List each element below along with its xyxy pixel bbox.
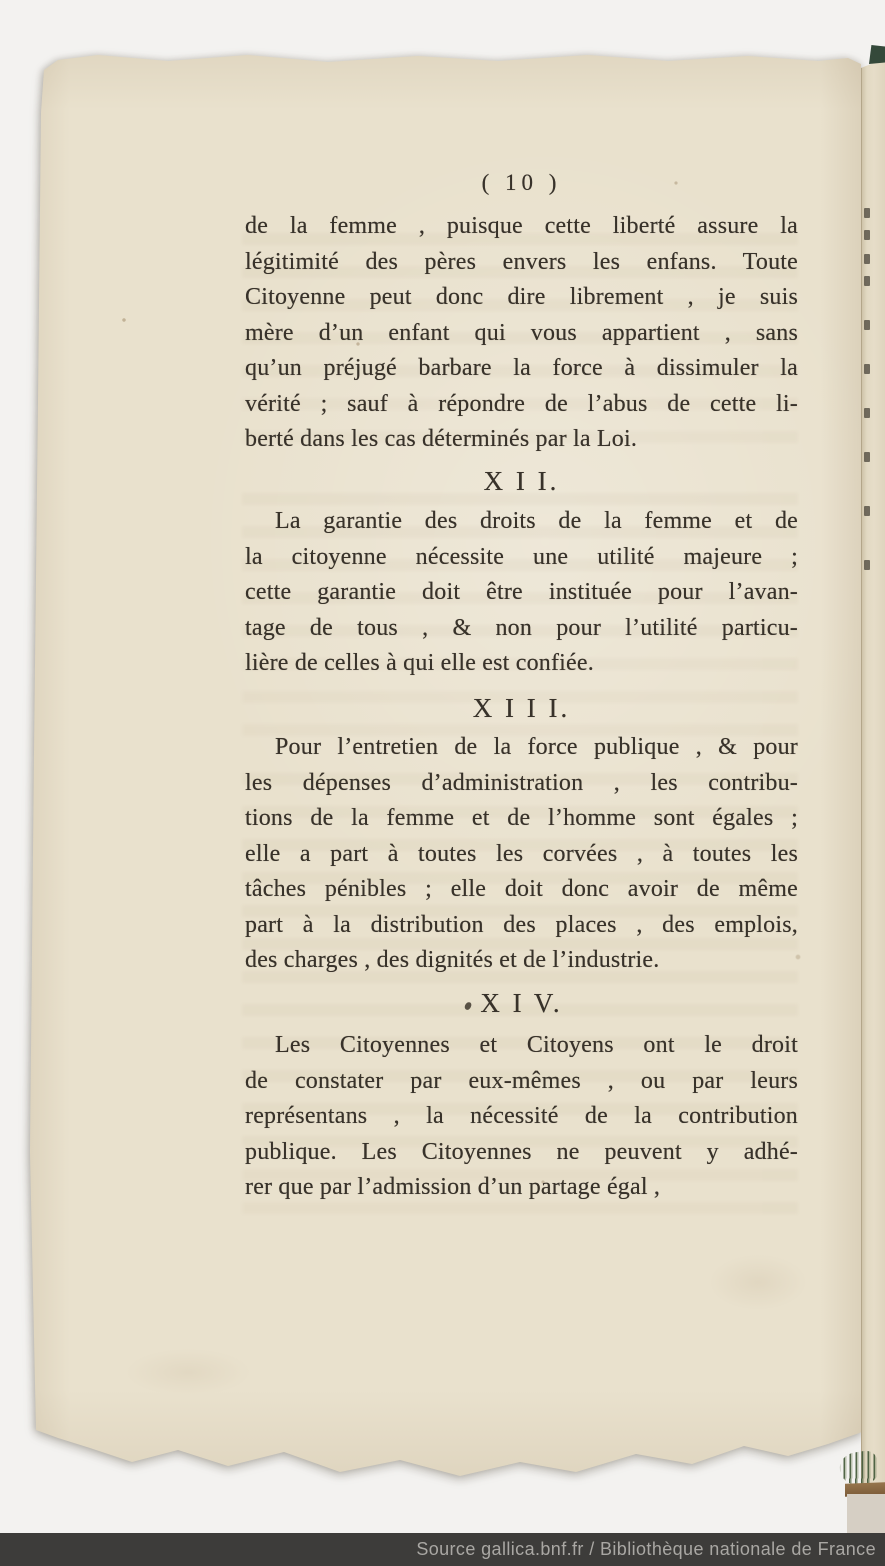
adjacent-page-text-fragment: [864, 276, 870, 286]
adjacent-page-text-fragment: [864, 320, 870, 330]
book-page: ( 10 ) de la femme , puisque cette liber…: [28, 52, 862, 1490]
text-line: mère d’un enfant qui vous appartient , s…: [245, 316, 798, 352]
text-line: légitimité des pères envers les enfans. …: [245, 245, 798, 281]
book-cover-corner-top: [869, 45, 885, 64]
text-line: Citoyenne peut donc dire librement , je …: [245, 280, 798, 316]
adjacent-page-text-fragment: [864, 364, 870, 374]
article-xii-paragraph: La garantie des droits de la femme et de…: [245, 504, 798, 682]
text-line: lière de celles à qui elle est confiée.: [245, 646, 798, 682]
adjacent-page-text-fragment: [864, 230, 870, 240]
adjacent-page-edge: [861, 58, 885, 1498]
text-line: part à la distribution des places , des …: [245, 908, 798, 944]
text-line: de constater par eux-mêmes , ou par leur…: [245, 1064, 798, 1100]
text-line: de la femme , puisque cette liberté assu…: [245, 209, 798, 245]
scanned-book-photo: ( 10 ) de la femme , puisque cette liber…: [0, 0, 885, 1566]
article-heading-xii: X I I.: [245, 463, 798, 499]
text-line: la citoyenne nécessite une utilité majeu…: [245, 540, 798, 576]
text-line: tage de tous , & non pour l’utilité part…: [245, 611, 798, 647]
text-line: elle a part à toutes les corvées , à tou…: [245, 837, 798, 873]
source-attribution: Source gallica.bnf.fr / Bibliothèque nat…: [416, 1539, 876, 1560]
text-line: représentans , la nécessité de la contri…: [245, 1099, 798, 1135]
adjacent-page-text-fragment: [864, 506, 870, 516]
gallica-source-bar: Source gallica.bnf.fr / Bibliothèque nat…: [0, 1533, 885, 1566]
text-line: vérité ; sauf à répondre de l’abus de ce…: [245, 387, 798, 423]
text-line: tions de la femme et de l’homme sont éga…: [245, 801, 798, 837]
text-line: Pour l’entretien de la force publique , …: [245, 730, 798, 766]
paper-sheet: ( 10 ) de la femme , puisque cette liber…: [28, 52, 862, 1490]
adjacent-page-text-fragment: [864, 452, 870, 462]
adjacent-page-text-fragment: [864, 408, 870, 418]
page-number: ( 10 ): [245, 170, 798, 196]
text-line: des charges , des dignités et de l’indus…: [245, 943, 798, 979]
article-xiii-paragraph: Pour l’entretien de la force publique , …: [245, 730, 798, 979]
text-line: berté dans les cas déterminés par la Loi…: [245, 422, 798, 458]
adjacent-page-text-fragment: [864, 208, 870, 218]
adjacent-page-text-fragment: [864, 254, 870, 264]
article-heading-xiii: X I I I.: [245, 690, 798, 726]
text-line: qu’un préjugé barbare la force à dissimu…: [245, 351, 798, 387]
text-line: les dépenses d’administration , les cont…: [245, 766, 798, 802]
article-heading-xiv: X I V.: [245, 985, 798, 1021]
text-line: publique. Les Citoyennes ne peuvent y ad…: [245, 1135, 798, 1171]
adjacent-page-text-fragment: [864, 560, 870, 570]
text-line: cette garantie doit être instituée pour …: [245, 575, 798, 611]
page-stack-edge: [847, 1494, 885, 1534]
text-line: rer que par l’admission d’un partage éga…: [245, 1170, 798, 1206]
text-line: La garantie des droits de la femme et de: [245, 504, 798, 540]
text-line: tâches pénibles ; elle doit donc avoir d…: [245, 872, 798, 908]
paragraph-continuation: de la femme , puisque cette liberté assu…: [245, 209, 798, 458]
text-line: Les Citoyennes et Citoyens ont le droit: [245, 1028, 798, 1064]
article-xiv-paragraph: Les Citoyennes et Citoyens ont le droit …: [245, 1028, 798, 1206]
